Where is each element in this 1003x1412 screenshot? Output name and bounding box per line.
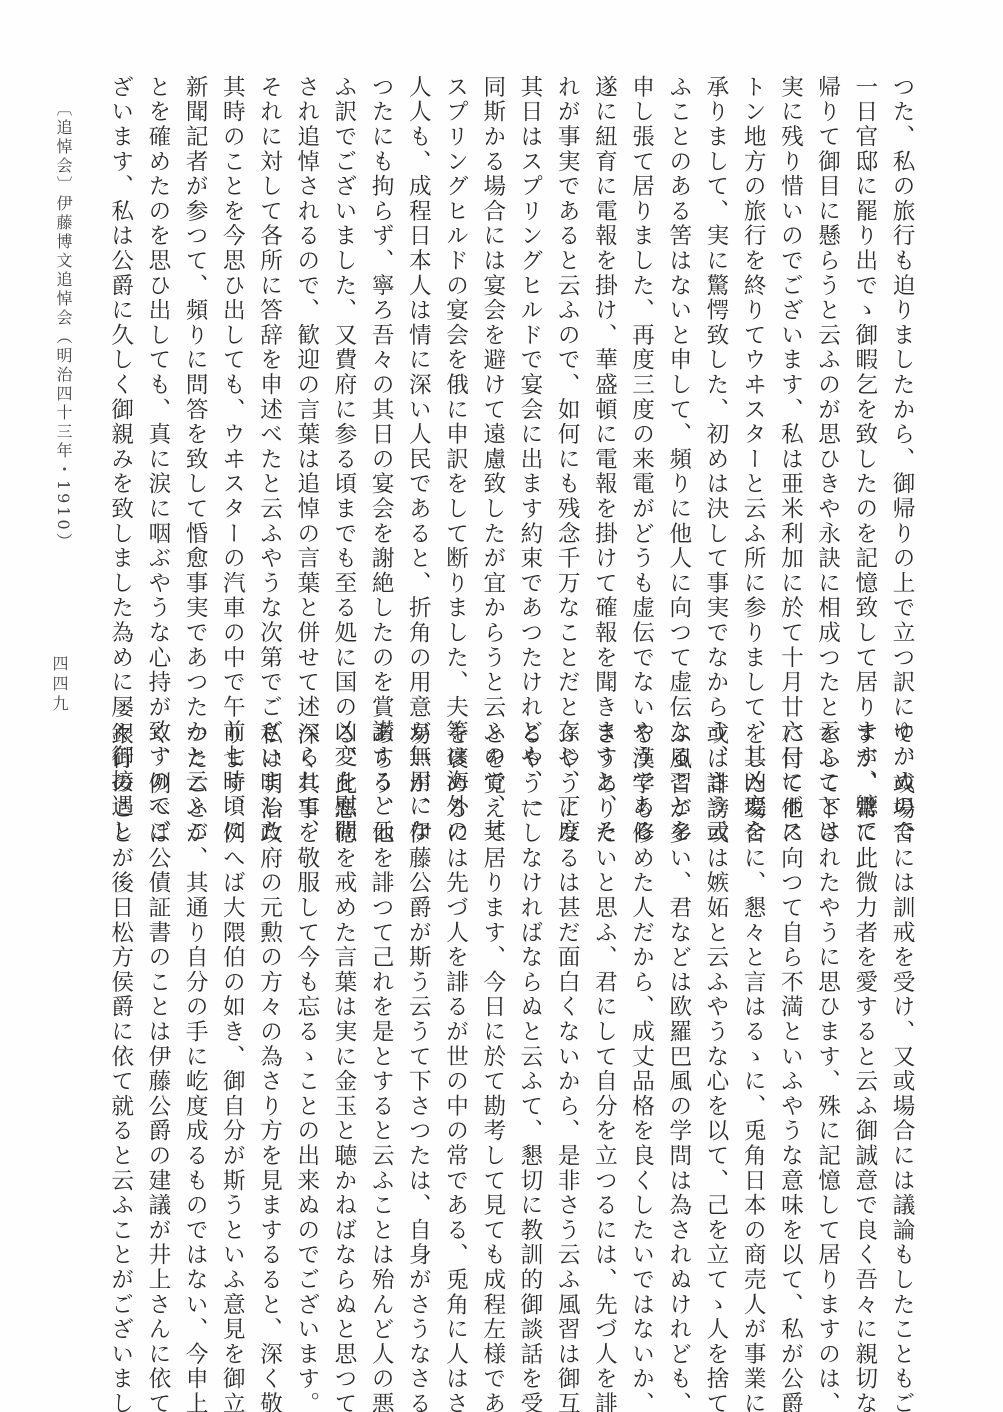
text-column: 帰りて御目に懸らうと云ふのが思ひきや永訣に相成つたと云ふことは bbox=[808, 75, 845, 655]
text-column: あらう、他を誹つて己れを是とすると云ふことは殆んど人の悪徳であ bbox=[362, 722, 399, 1302]
text-column: さうありたいと思ふ、君にして自分を立つるには、先づ人を誹ると云 bbox=[585, 722, 622, 1302]
text-column: る、此悪徳を戒めた言葉は実に金玉と聴かねばならぬと思つて、私は bbox=[325, 722, 362, 1302]
text-column: トン地方の旅行を終りてウヰスターと云ふ所に参りまして、其凶変を bbox=[734, 75, 771, 655]
upper-text-block: つた、私の旅行も迫りましたから、御帰りの上で立つ訳にゆかぬので 一日官邸に罷り出… bbox=[100, 75, 920, 655]
lower-text-block: て、或場合には訓戒を受け、又或場合には議論もしたこともございま すが、常に此微力… bbox=[100, 722, 920, 1302]
text-column: るやうにしなければならぬと云ふて、懇切に教訓的御談話を受けたこ bbox=[511, 722, 548, 1302]
text-column: 実に残り惜いのでございます、私は亜米利加に於て十月廿六日にボス bbox=[771, 75, 808, 655]
text-column: 易いが、伊藤公爵が斯う云うて下さつたは、自身がさうなさるからで bbox=[399, 722, 436, 1302]
text-column: 其時のことを今思ひ出しても、ウヰスターの汽車の中で午前七時頃に bbox=[213, 75, 250, 655]
text-column: つた、私の旅行も迫りましたから、御帰りの上で立つ訳にゆかぬので bbox=[883, 75, 920, 655]
text-column: つたにも拘らず、寧ろ吾々の其日の宴会を謝絶したのを賞讃すると云 bbox=[362, 75, 399, 655]
text-column: すが、常に此微力者を愛すると云ふ御誠意で良く吾々に親切なる誘導 bbox=[846, 722, 883, 1302]
text-column: 同斯かる場合には宴会を避けて遠慮致したが宜からうと云ふので、其 bbox=[474, 75, 511, 655]
text-column: 或は誹謗或は嫉妬と云ふやうな心を以て、己を立てゝ人を捨てると云 bbox=[697, 722, 734, 1302]
running-header: 〔追悼会〕伊藤博文追悼会（明治四十三年・1910） bbox=[52, 100, 75, 620]
text-column: ります、例へば大隈伯の如き、御自分が斯うといふ意見を御立てなす bbox=[213, 722, 250, 1302]
text-column: ふ風習が多い、君などは欧羅巴風の学問は為されぬけれども、相当な bbox=[660, 722, 697, 1302]
text-column: ふことのある筈はないと申して、頻りに他人に向つて虚伝なることを bbox=[660, 75, 697, 655]
document-page: 〔追悼会〕伊藤博文追悼会（明治四十三年・1910） 四四九 つた、私の旅行も迫り… bbox=[0, 0, 1003, 1412]
text-column: され追悼されるので、歓迎の言葉は追悼の言葉と併せて述べられて、 bbox=[288, 75, 325, 655]
text-column: とを確めたのを思ひ出しても、真に涙に咽ぶやうな心持が致すのでご bbox=[139, 75, 176, 655]
text-column: 其日はスプリングヒルドで宴会に出ます約束であつたけれども、一 bbox=[511, 75, 548, 655]
text-column: 深く其事を敬服して今も忘るゝことの出来ぬのでございます。 bbox=[288, 722, 325, 1302]
text-column: つたことが、其通り自分の手に屹度成るものではない、今申上ぐる如 bbox=[176, 722, 213, 1302]
text-column: とを覚えて居ります、今日に於て勘考して見ても成程左様である、己 bbox=[474, 722, 511, 1302]
text-column: 遂に紐育に電報を掛け、華盛頓に電報を掛けて確報を聞きますと、そ bbox=[585, 75, 622, 655]
text-column: く、例へば公債証書のことは伊藤公爵の建議が井上さんに依て成り、 bbox=[139, 722, 176, 1302]
section-label: 〔追悼会〕 bbox=[54, 100, 73, 195]
text-column: て、或場合には訓戒を受け、又或場合には議論もしたこともございま bbox=[883, 722, 920, 1302]
text-column: 新聞記者が参つて、頻りに問答を致して惛愈事実であつたかと云ふこ bbox=[176, 75, 213, 655]
text-column: 私は明治政府の元勲の方々の為さり方を見まするると、深く敬服して居 bbox=[250, 722, 287, 1302]
text-column: を褒めるには先づ人を誹るが世の中の常である、兎角に人はさう走り bbox=[436, 722, 473, 1302]
book-title: 伊藤博文追悼会 bbox=[54, 195, 73, 328]
text-column: ざいます、私は公爵に久しく御親みを致しました為めに屡々御接遇し bbox=[102, 75, 139, 655]
text-column: に付て他に向つて自ら不満といふやうな意味を以て、私が公爵に御話 bbox=[771, 722, 808, 1302]
text-column: それに対して各所に答辞を申述べたと云ふやうな次第でございました bbox=[250, 75, 287, 655]
text-column: 承りまして、実に驚愕致した、初めは決して事実でなからう、さう云 bbox=[697, 75, 734, 655]
text-column: 一日官邸に罷り出でゝ御暇乞を致したのを記憶致して居ります、軈て bbox=[846, 75, 883, 655]
text-column: 申し張て居りました、再度三度の来電がどうも虚伝でないやうである bbox=[622, 75, 659, 655]
text-column: 銀行のことが後日松方侯爵に依て就ると云ふことがございましても、 bbox=[102, 722, 139, 1302]
text-column: ふ訳でございました、又費府に参る頃までも至る処に国の凶変を慰問 bbox=[325, 75, 362, 655]
page-number: 四四九 bbox=[48, 655, 71, 715]
text-column: ふやうになるは甚だ面白くないから、是非さう云ふ風習は御互に止め bbox=[548, 722, 585, 1302]
text-column: スプリングヒルドの宴会を俄に申訳をして断りました、夫等は海外の bbox=[436, 75, 473, 655]
text-column: をした場合に、懇々と言はるゝに、兎角日本の商売人が事業に関して bbox=[734, 722, 771, 1302]
text-column: をして下されたやうに思ひます、殊に記憶して居りますのは、或事業 bbox=[808, 722, 845, 1302]
text-column: る漢学も修めた人だから、成丈品格を良くしたいではないか、努めて bbox=[622, 722, 659, 1302]
text-column: 人人も、成程日本人は情に深い人民であると、折角の用意が無用にな bbox=[399, 75, 436, 655]
text-column: れが事実であると云ふので、如何にも残念千万なことだと存じ、丁度 bbox=[548, 75, 585, 655]
date-label: （明治四十三年・1910） bbox=[54, 328, 73, 552]
